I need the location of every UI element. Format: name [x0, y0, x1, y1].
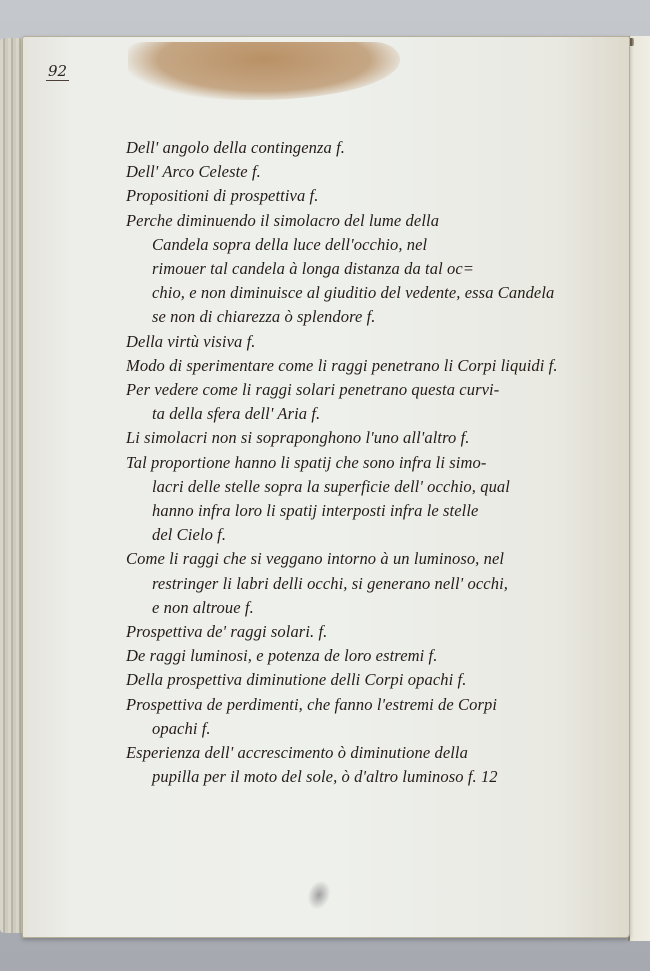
text-line: Della prospettiva diminutione delli Corp…: [126, 668, 566, 692]
manuscript-text: Dell' angolo della contingenza f. Dell' …: [126, 136, 566, 789]
entry: Li simolacri non si sopraponghono l'uno …: [126, 426, 566, 450]
text-line: Per vedere come li raggi solari penetran…: [126, 378, 566, 402]
text-line: De raggi luminosi, e potenza de loro est…: [126, 644, 566, 668]
text-line: se non di chiarezza ò splendore f.: [126, 305, 566, 329]
text-line: Prospettiva de perdimenti, che fanno l'e…: [126, 693, 566, 717]
text-line: Candela sopra della luce dell'occhio, ne…: [126, 233, 566, 257]
text-line: Tal proportione hanno li spatij che sono…: [126, 451, 566, 475]
entry: Dell' Arco Celeste f.: [126, 160, 566, 184]
folio-number: 92: [46, 62, 69, 81]
text-line: Propositioni di prospettiva f.: [126, 184, 566, 208]
entry: Esperienza dell' accrescimento ò diminut…: [126, 741, 566, 789]
entry: De raggi luminosi, e potenza de loro est…: [126, 644, 566, 668]
entry: Dell' angolo della contingenza f.: [126, 136, 566, 160]
text-line: del Cielo f.: [126, 523, 566, 547]
entry: Propositioni di prospettiva f.: [126, 184, 566, 208]
text-line: Modo di sperimentare come li raggi penet…: [126, 354, 566, 378]
facing-page-edge: [628, 36, 650, 941]
text-line: Prospettiva de' raggi solari. f.: [126, 620, 566, 644]
entry: Tal proportione hanno li spatij che sono…: [126, 451, 566, 548]
text-line: e non altroue f.: [126, 596, 566, 620]
text-line: Esperienza dell' accrescimento ò diminut…: [126, 741, 566, 765]
entry: Prospettiva de perdimenti, che fanno l'e…: [126, 693, 566, 741]
text-line: lacri delle stelle sopra la superficie d…: [126, 475, 566, 499]
entry: Per vedere come li raggi solari penetran…: [126, 378, 566, 426]
entry: Modo di sperimentare come li raggi penet…: [126, 354, 566, 378]
text-line: Della virtù visiva f.: [126, 330, 566, 354]
text-line: Perche diminuendo il simolacro del lume …: [126, 209, 566, 233]
entry: Della prospettiva diminutione delli Corp…: [126, 668, 566, 692]
text-line: restringer li labri delli occhi, si gene…: [126, 572, 566, 596]
entry: Prospettiva de' raggi solari. f.: [126, 620, 566, 644]
text-line: Dell' Arco Celeste f.: [126, 160, 566, 184]
text-line: opachi f.: [126, 717, 566, 741]
text-line: pupilla per il moto del sole, ò d'altro …: [126, 765, 566, 789]
text-line: chio, e non diminuisce al giuditio del v…: [126, 281, 566, 305]
text-line: rimouer tal candela à longa distanza da …: [126, 257, 566, 281]
entry: Della virtù visiva f.: [126, 330, 566, 354]
text-line: Come li raggi che si veggano intorno à u…: [126, 547, 566, 571]
entry: Come li raggi che si veggano intorno à u…: [126, 547, 566, 620]
entry: Perche diminuendo il simolacro del lume …: [126, 209, 566, 330]
text-line: Dell' angolo della contingenza f.: [126, 136, 566, 160]
text-line: Li simolacri non si sopraponghono l'uno …: [126, 426, 566, 450]
text-line: hanno infra loro li spatij interposti in…: [126, 499, 566, 523]
text-line: ta della sfera dell' Aria f.: [126, 402, 566, 426]
